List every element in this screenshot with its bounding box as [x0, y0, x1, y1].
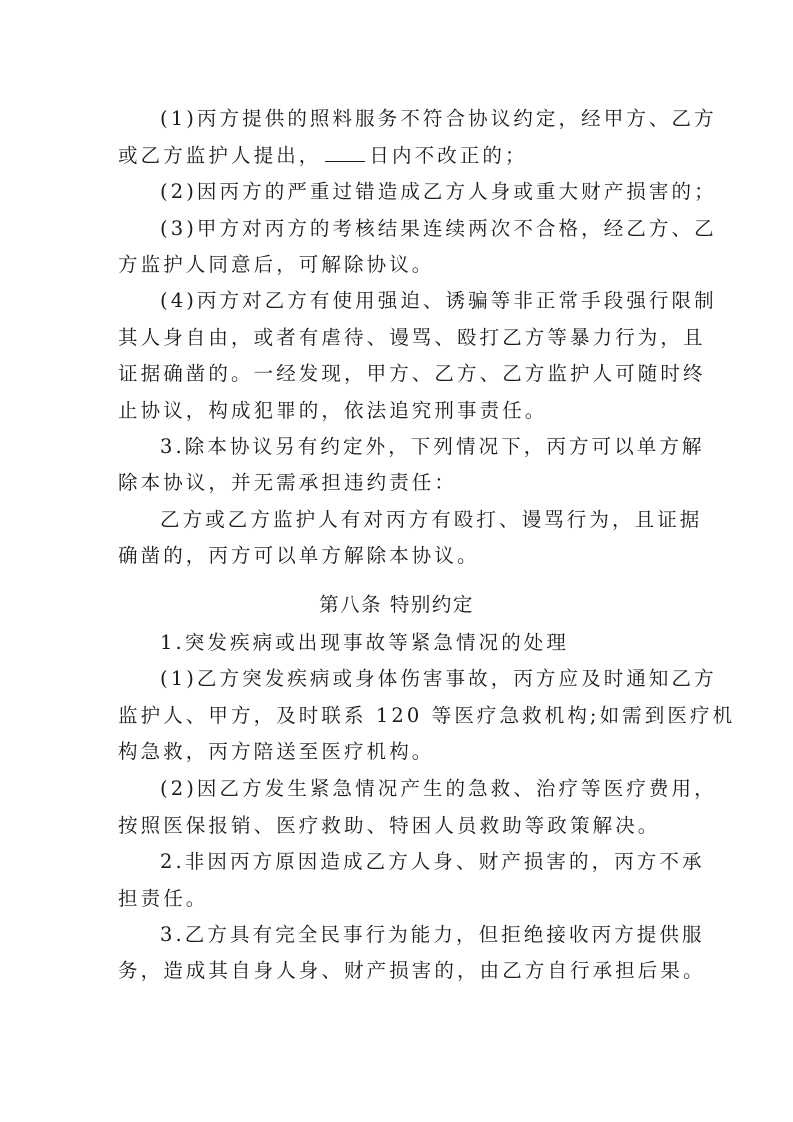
paragraph-line: 止协议，构成犯罪的，依法追究刑事责任。	[118, 399, 678, 423]
text-fragment: 日内不改正的；	[369, 144, 527, 167]
paragraph-line: 3.乙方具有完全民事行为能力，但拒绝接收丙方提供服	[160, 923, 680, 947]
paragraph-line: 证据确凿的。一经发现，甲方、乙方、乙方监护人可随时终	[118, 362, 678, 386]
paragraph-line: 担责任。	[118, 887, 678, 911]
paragraph-line: 2.非因丙方原因造成乙方人身、财产损害的，丙方不承	[160, 850, 680, 874]
paragraph-line: 构急救，丙方陪送至医疗机构。	[118, 740, 678, 764]
paragraph-line: 按照医保报销、医疗救助、特困人员救助等政策解决。	[118, 814, 678, 838]
article-heading: 第八条 特别约定	[0, 593, 793, 617]
paragraph-line: 其人身自由，或者有虐待、谩骂、殴打乙方等暴力行为，且	[118, 326, 678, 350]
paragraph-line: 1.突发疾病或出现事故等紧急情况的处理	[160, 631, 680, 655]
fill-in-blank[interactable]	[325, 143, 365, 162]
paragraph-line: (2)因丙方的严重过错造成乙方人身或重大财产损害的；	[160, 180, 680, 204]
paragraph-line: (1)乙方突发疾病或身体伤害事故，丙方应及时通知乙方	[160, 667, 680, 691]
paragraph-line: 3.除本协议另有约定外，下列情况下，丙方可以单方解	[160, 435, 680, 459]
paragraph-line: 乙方或乙方监护人有对丙方有殴打、谩骂行为，且证据	[160, 508, 680, 532]
paragraph-line: 或乙方监护人提出，日内不改正的；	[118, 143, 678, 168]
paragraph-line: 方监护人同意后，可解除协议。	[118, 253, 678, 277]
paragraph-line: (4)丙方对乙方有使用强迫、诱骗等非正常手段强行限制	[160, 289, 680, 313]
paragraph-line: 务，造成其自身人身、财产损害的，由乙方自行承担后果。	[118, 959, 678, 983]
paragraph-line: 监护人、甲方，及时联系 120 等医疗急救机构;如需到医疗机	[118, 704, 678, 728]
paragraph-line: (3)甲方对丙方的考核结果连续两次不合格，经乙方、乙	[160, 217, 680, 241]
text-fragment: 或乙方监护人提出，	[118, 144, 321, 167]
paragraph-line: 除本协议，并无需承担违约责任：	[118, 471, 678, 495]
paragraph-line: 确凿的，丙方可以单方解除本协议。	[118, 544, 678, 568]
paragraph-line: (1)丙方提供的照料服务不符合协议约定，经甲方、乙方	[160, 107, 680, 131]
paragraph-line: (2)因乙方发生紧急情况产生的急救、治疗等医疗费用，	[160, 777, 680, 801]
document-page: (1)丙方提供的照料服务不符合协议约定，经甲方、乙方 或乙方监护人提出，日内不改…	[0, 0, 793, 1122]
